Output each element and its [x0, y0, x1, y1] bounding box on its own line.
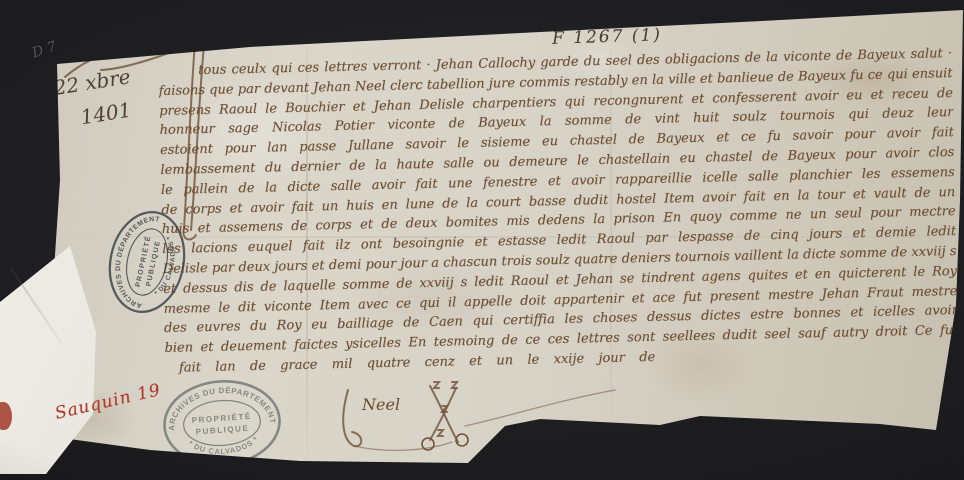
archive-reference: F 1267 (1)	[552, 25, 663, 49]
parchment-document: F 1267 (1) 22 xbre 1401 tous ceulx qui c…	[0, 0, 964, 480]
flourish-loop	[201, 38, 206, 48]
stamp-center-line2: PUBLIQUE	[195, 424, 249, 437]
paraph-tick	[434, 382, 439, 388]
notary-signature: Neel	[361, 395, 400, 414]
archival-photo-stage: D 7 F 1267 (1) 22 xbre 1401 tous ceulx q…	[0, 0, 964, 480]
paraph-underline	[354, 442, 452, 450]
signature-block: Neel	[330, 378, 630, 464]
archive-stamp-faded: ARCHIVES DU DÉPARTEMENT * DU CALVADOS * …	[135, 369, 309, 476]
paraph-tail-stroke	[465, 390, 615, 426]
pencil-mark: D 7	[30, 39, 58, 62]
manuscript-text-block: tous ceulx qui ces lettres verront · Jeh…	[158, 44, 959, 379]
paraph-left-flourish	[343, 390, 361, 446]
date-annotation: 22 xbre 1401	[52, 64, 137, 132]
paraph-tick	[438, 430, 443, 436]
paraph-tick	[452, 382, 457, 388]
stamp-center-line1: PROPRIÉTÉ	[191, 412, 252, 425]
initial-crossbar	[193, 41, 219, 47]
